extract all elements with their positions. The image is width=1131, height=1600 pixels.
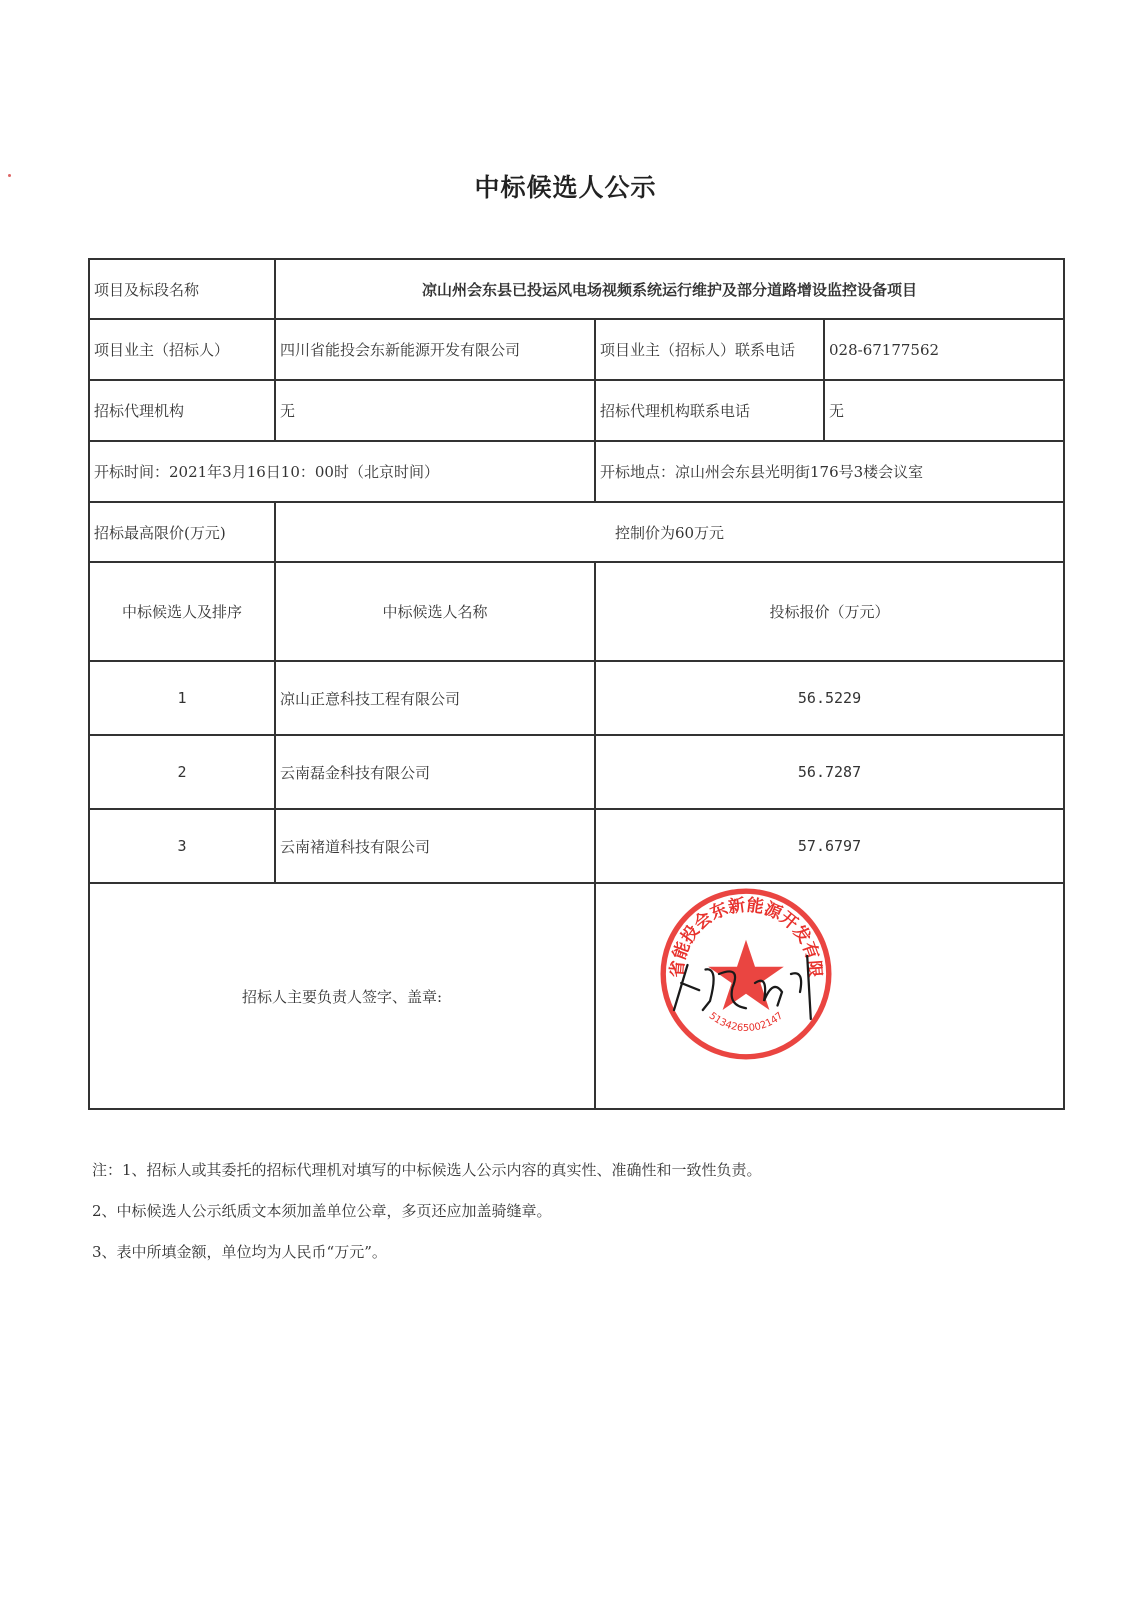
project-name-value: 凉山州会东县已投运风电场视频系统运行维护及部分道路增设监控设备项目 — [275, 259, 1064, 319]
svg-text:5134265002147: 5134265002147 — [707, 1010, 786, 1034]
owner-phone-value: 028-67177562 — [824, 319, 1064, 380]
opening-row: 开标时间：2021年3月16日10：00时（北京时间） 开标地点：凉山州会东县光… — [89, 441, 1064, 502]
table-row: 3 云南褚道科技有限公司 57.6797 — [89, 809, 1064, 883]
company-seal-icon: 四川省能投会东新能源开发有限公司 5134265002147 — [656, 884, 836, 1064]
signature-label: 招标人主要负责人签字、盖章: — [89, 883, 595, 1109]
note-3: 3、表中所填金额，单位均为人民币“万元”。 — [92, 1240, 762, 1281]
opening-time: 开标时间：2021年3月16日10：00时（北京时间） — [89, 441, 595, 502]
project-name-row: 项目及标段名称 凉山州会东县已投运风电场视频系统运行维护及部分道路增设监控设备项… — [89, 259, 1064, 319]
candidate-rank: 2 — [89, 735, 275, 809]
candidate-rank: 3 — [89, 809, 275, 883]
candidate-name: 云南褚道科技有限公司 — [275, 809, 595, 883]
signature-area: 四川省能投会东新能源开发有限公司 5134265002147 — [595, 883, 1064, 1109]
opening-place: 开标地点：凉山州会东县光明街176号3楼会议室 — [595, 441, 1064, 502]
note-1: 注：1、招标人或其委托的招标代理机对填写的中标候选人公示内容的真实性、准确性和一… — [92, 1158, 762, 1199]
header-rank: 中标候选人及排序 — [89, 562, 275, 661]
table-row: 2 云南磊金科技有限公司 56.7287 — [89, 735, 1064, 809]
candidate-price: 57.6797 — [595, 809, 1064, 883]
note-2: 2、中标候选人公示纸质文本须加盖单位公章，多页还应加盖骑缝章。 — [92, 1199, 762, 1240]
candidate-rank: 1 — [89, 661, 275, 735]
owner-label: 项目业主（招标人） — [89, 319, 275, 380]
candidate-price: 56.5229 — [595, 661, 1064, 735]
page-title: 中标候选人公示 — [0, 168, 1131, 204]
signature-row: 招标人主要负责人签字、盖章: 四川省能投会东新能源开发有限公司 51342650… — [89, 883, 1064, 1109]
header-name: 中标候选人名称 — [275, 562, 595, 661]
agency-phone-value: 无 — [824, 380, 1064, 441]
candidate-name: 云南磊金科技有限公司 — [275, 735, 595, 809]
max-price-row: 招标最高限价(万元) 控制价为60万元 — [89, 502, 1064, 562]
owner-row: 项目业主（招标人） 四川省能投会东新能源开发有限公司 项目业主（招标人）联系电话… — [89, 319, 1064, 380]
notes-section: 注：1、招标人或其委托的招标代理机对填写的中标候选人公示内容的真实性、准确性和一… — [92, 1158, 762, 1281]
agency-label: 招标代理机构 — [89, 380, 275, 441]
candidates-header-row: 中标候选人及排序 中标候选人名称 投标报价（万元） — [89, 562, 1064, 661]
candidate-name: 凉山正意科技工程有限公司 — [275, 661, 595, 735]
header-price: 投标报价（万元） — [595, 562, 1064, 661]
owner-phone-label: 项目业主（招标人）联系电话 — [595, 319, 824, 380]
bid-announcement-table: 项目及标段名称 凉山州会东县已投运风电场视频系统运行维护及部分道路增设监控设备项… — [88, 258, 1065, 1110]
agency-phone-label: 招标代理机构联系电话 — [595, 380, 824, 441]
max-price-label: 招标最高限价(万元) — [89, 502, 275, 562]
agency-value: 无 — [275, 380, 595, 441]
agency-row: 招标代理机构 无 招标代理机构联系电话 无 — [89, 380, 1064, 441]
candidate-price: 56.7287 — [595, 735, 1064, 809]
owner-value: 四川省能投会东新能源开发有限公司 — [275, 319, 595, 380]
max-price-value: 控制价为60万元 — [275, 502, 1064, 562]
project-name-label: 项目及标段名称 — [89, 259, 275, 319]
table-row: 1 凉山正意科技工程有限公司 56.5229 — [89, 661, 1064, 735]
